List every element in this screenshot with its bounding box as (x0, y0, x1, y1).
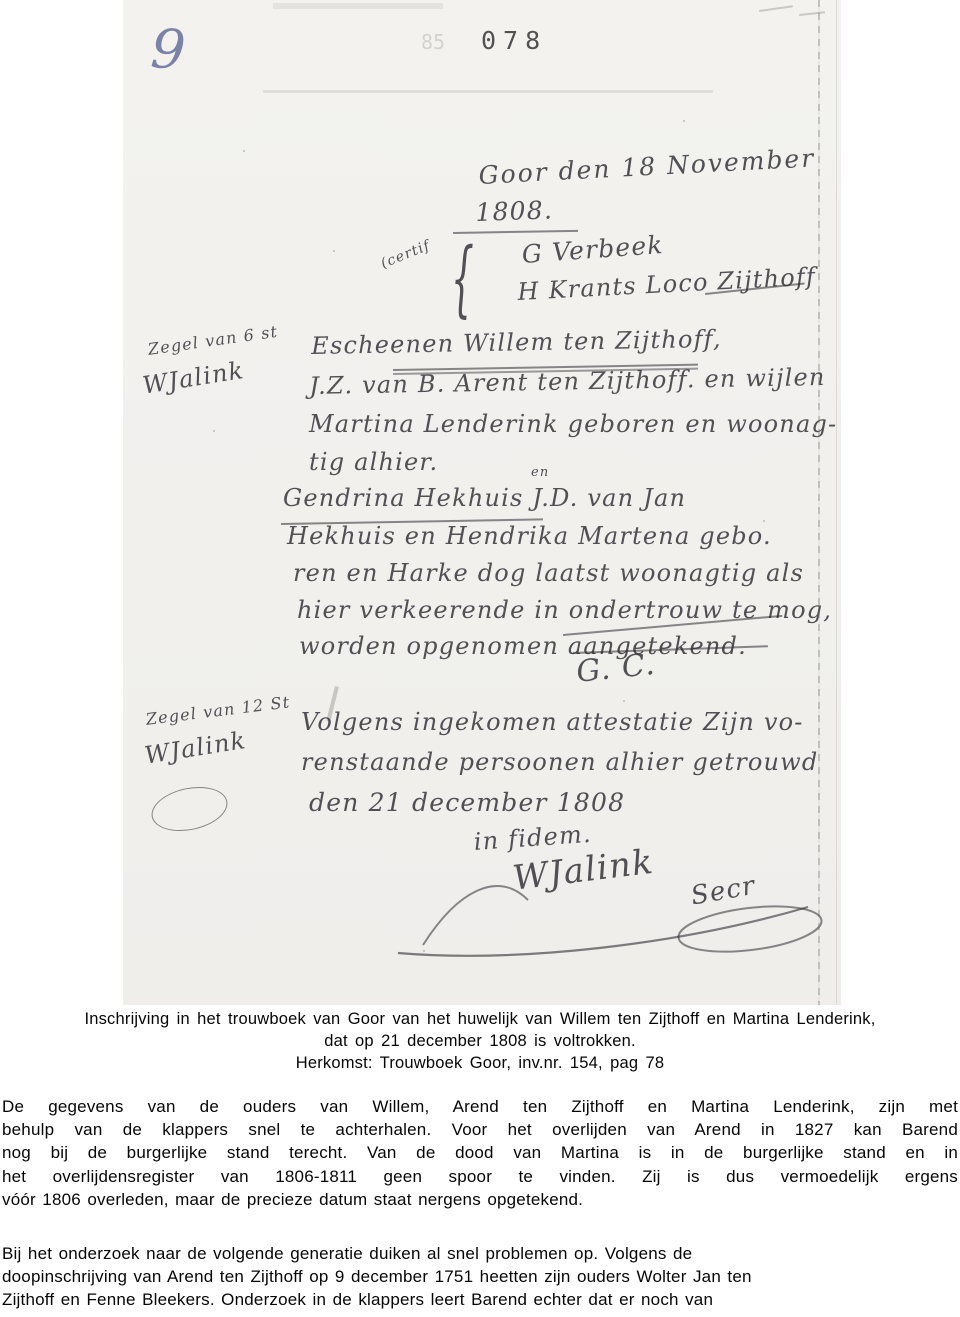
hw-groom-line-4: tig alhier. (309, 450, 438, 474)
hw-marriage-line-2: renstaande persoonen alhier getrouwd (301, 750, 818, 774)
text-line: Inschrijving in het trouwboek van Goor v… (0, 1008, 960, 1030)
paper-edge-line (836, 0, 837, 1005)
hw-witness-1: G Verbeek (521, 232, 664, 267)
hw-groom-line-1: Escheenen Willem ten Zijthoff, (311, 327, 722, 358)
hw-bride-line-1: Gendrina Hekhuis J.D. van Jan (283, 486, 686, 510)
horizontal-smudge (263, 90, 713, 93)
hw-bride-line-3: ren en Harke dog laatst woonagtig als (293, 561, 804, 585)
stamp-number: 078 (481, 26, 547, 55)
hw-groom-line-2: J.Z. van B. Arent ten Zijthoff. en wijle… (309, 365, 826, 398)
text-line: het overlijdensregister van 1806-1811 ge… (2, 1165, 958, 1188)
document-page: 9 85 078 Goor den 18 November 1808. (cer… (0, 0, 960, 1317)
hw-margin-seal-2: Zegel van 12 St (145, 694, 291, 728)
archive-page-number: 9 (149, 17, 188, 82)
hw-initials: G. C. (575, 650, 657, 688)
hw-superscript-en: en (531, 466, 549, 479)
text-line: doopinschrijving van Arend ten Zijthoff … (2, 1265, 958, 1288)
ink-speck (243, 150, 245, 152)
body-paragraph-2: Bij het onderzoek naar de volgende gener… (2, 1242, 958, 1312)
pencil-mark-top-right (759, 5, 793, 12)
text-line: De gegevens van de ouders van Willem, Ar… (2, 1095, 958, 1118)
ink-speck (213, 430, 215, 432)
pencil-smudge-top-center (273, 3, 443, 9)
text-line: Zijthoff en Fenne Bleekers. Onderzoek in… (2, 1288, 958, 1311)
hw-bride-line-2: Hekhuis en Hendrika Martena gebo. (287, 524, 772, 548)
paper-fold-line (818, 0, 820, 1005)
text-line: Herkomst: Trouwboek Goor, inv.nr. 154, p… (0, 1052, 960, 1074)
body-paragraph-1: De gegevens van de ouders van Willem, Ar… (2, 1095, 958, 1211)
ink-speck (683, 120, 685, 122)
pencil-mark-top-right (799, 11, 825, 16)
text-line: vóór 1806 overleden, maar de precieze da… (2, 1188, 958, 1211)
hw-marriage-line-1: Volgens ingekomen attestatie Zijn vo- (301, 710, 804, 734)
text-line: behulp van de klappers snel te achterhal… (2, 1118, 958, 1141)
hw-year: 1808. (475, 197, 553, 225)
faint-stamp-mark: 85 (421, 30, 445, 54)
hw-margin-signature-1: WJalink (141, 358, 246, 398)
hw-place-date: Goor den 18 November (478, 145, 816, 188)
hw-brace: { (451, 240, 475, 323)
hw-margin-seal-1: Zegel van 6 st (147, 324, 279, 358)
ink-speck (333, 250, 335, 252)
signature-flourish (147, 780, 231, 837)
ink-speck (423, 950, 425, 952)
hw-bride-line-5: worden opgenomen aangetekend. (299, 634, 747, 658)
hw-marriage-line-3: den 21 december 1808 (309, 790, 625, 815)
ink-speck (623, 700, 625, 702)
hw-groom-line-3: Martina Lenderink geboren en woonag- (309, 412, 837, 436)
hw-witness-2: H Krants Loco Zijthoff (517, 264, 817, 304)
text-line: dat op 21 december 1808 is voltrokken. (0, 1030, 960, 1052)
text-line: Bij het onderzoek naar de volgende gener… (2, 1242, 958, 1265)
scanned-document: 9 85 078 Goor den 18 November 1808. (cer… (123, 0, 841, 1005)
text-line: nog bij de burgerlijke stand terecht. Va… (2, 1141, 958, 1164)
signature-flourish (378, 845, 848, 965)
hw-margin-signature-2: WJalink (143, 728, 248, 768)
hw-margin-certif: (certif (379, 239, 432, 271)
photo-caption: Inschrijving in het trouwboek van Goor v… (0, 1008, 960, 1074)
ink-speck (763, 520, 765, 522)
